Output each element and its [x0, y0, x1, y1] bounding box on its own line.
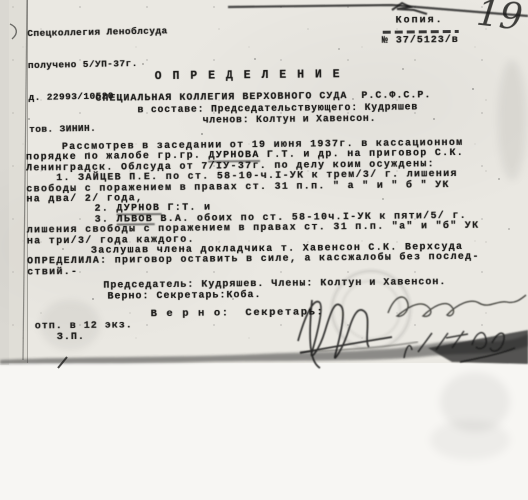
- copy-label: Копия.: [396, 15, 444, 27]
- document-title: О П Р Е Д Е Л Е Н И Е: [98, 68, 398, 84]
- executor-initials: З.П.: [57, 332, 85, 343]
- certified-line: Верно: Секретарь:Коба.: [107, 290, 261, 303]
- ink-speckles: [0, 0, 2, 2]
- pen-underline-lvov: [117, 223, 155, 225]
- certified-line: В е р н о: Секретарь:: [151, 306, 325, 320]
- doc-number: № 37/5123/в: [382, 35, 459, 47]
- received-stamp-line: Спецколлегия Леноблсуда: [27, 27, 168, 40]
- dashed-rule: [383, 30, 459, 34]
- court-members: членов: Колтун и Хавенсон.: [203, 112, 377, 125]
- received-stamp-line: тов. ЗИНИН.: [29, 122, 170, 135]
- copies-note: отп. в 12 экз.: [35, 320, 133, 332]
- handwritten-page-number: 19: [474, 0, 524, 39]
- scanned-document-page: Спецколлегия Леноблсуда получено 5/УП-37…: [0, 0, 528, 500]
- document-content: Спецколлегия Леноблсуда получено 5/УП-37…: [0, 0, 528, 500]
- signatories-line: Председатель: Кудряшев. Члены: Колтун и …: [103, 277, 446, 292]
